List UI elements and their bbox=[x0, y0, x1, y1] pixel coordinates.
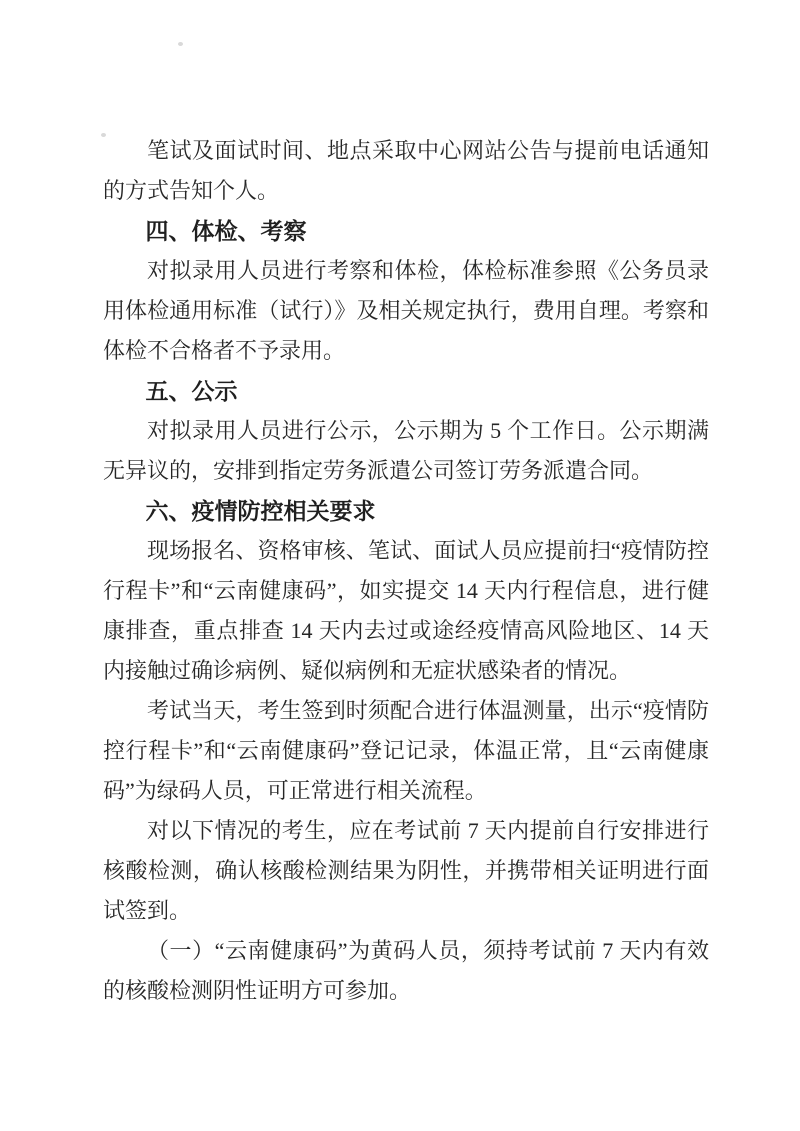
scan-speck bbox=[178, 42, 183, 46]
para-medical-standard: 对拟录用人员进行考察和体检，体检标准参照《公务员录用体检通用标准（试行）》及相关… bbox=[103, 251, 709, 371]
para-exam-day-temperature: 考试当天，考生签到时须配合进行体温测量，出示“疫情防控行程卡”和“云南健康码”登… bbox=[103, 691, 709, 811]
para-health-code-scan: 现场报名、资格审核、笔试、面试人员应提前扫“疫情防控行程卡”和“云南健康码”，如… bbox=[103, 531, 709, 691]
para-nucleic-acid-test: 对以下情况的考生，应在考试前 7 天内提前自行安排进行核酸检测，确认核酸检测结果… bbox=[103, 811, 709, 931]
para-notice-method: 笔试及面试时间、地点采取中心网站公告与提前电话通知的方式告知个人。 bbox=[103, 131, 709, 211]
heading-section-6-epidemic-control: 六、疫情防控相关要求 bbox=[103, 491, 709, 531]
scan-speck bbox=[101, 133, 106, 137]
para-yellow-code-rule: （一）“云南健康码”为黄码人员，须持考试前 7 天内有效的核酸检测阴性证明方可参… bbox=[103, 931, 709, 1011]
heading-section-4-physical-exam: 四、体检、考察 bbox=[103, 211, 709, 251]
document-content: 笔试及面试时间、地点采取中心网站公告与提前电话通知的方式告知个人。四、体检、考察… bbox=[103, 131, 709, 1011]
document-page: 笔试及面试时间、地点采取中心网站公告与提前电话通知的方式告知个人。四、体检、考察… bbox=[0, 0, 800, 1131]
heading-section-5-publicity: 五、公示 bbox=[103, 371, 709, 411]
para-publicity-period: 对拟录用人员进行公示，公示期为 5 个工作日。公示期满无异议的，安排到指定劳务派… bbox=[103, 411, 709, 491]
